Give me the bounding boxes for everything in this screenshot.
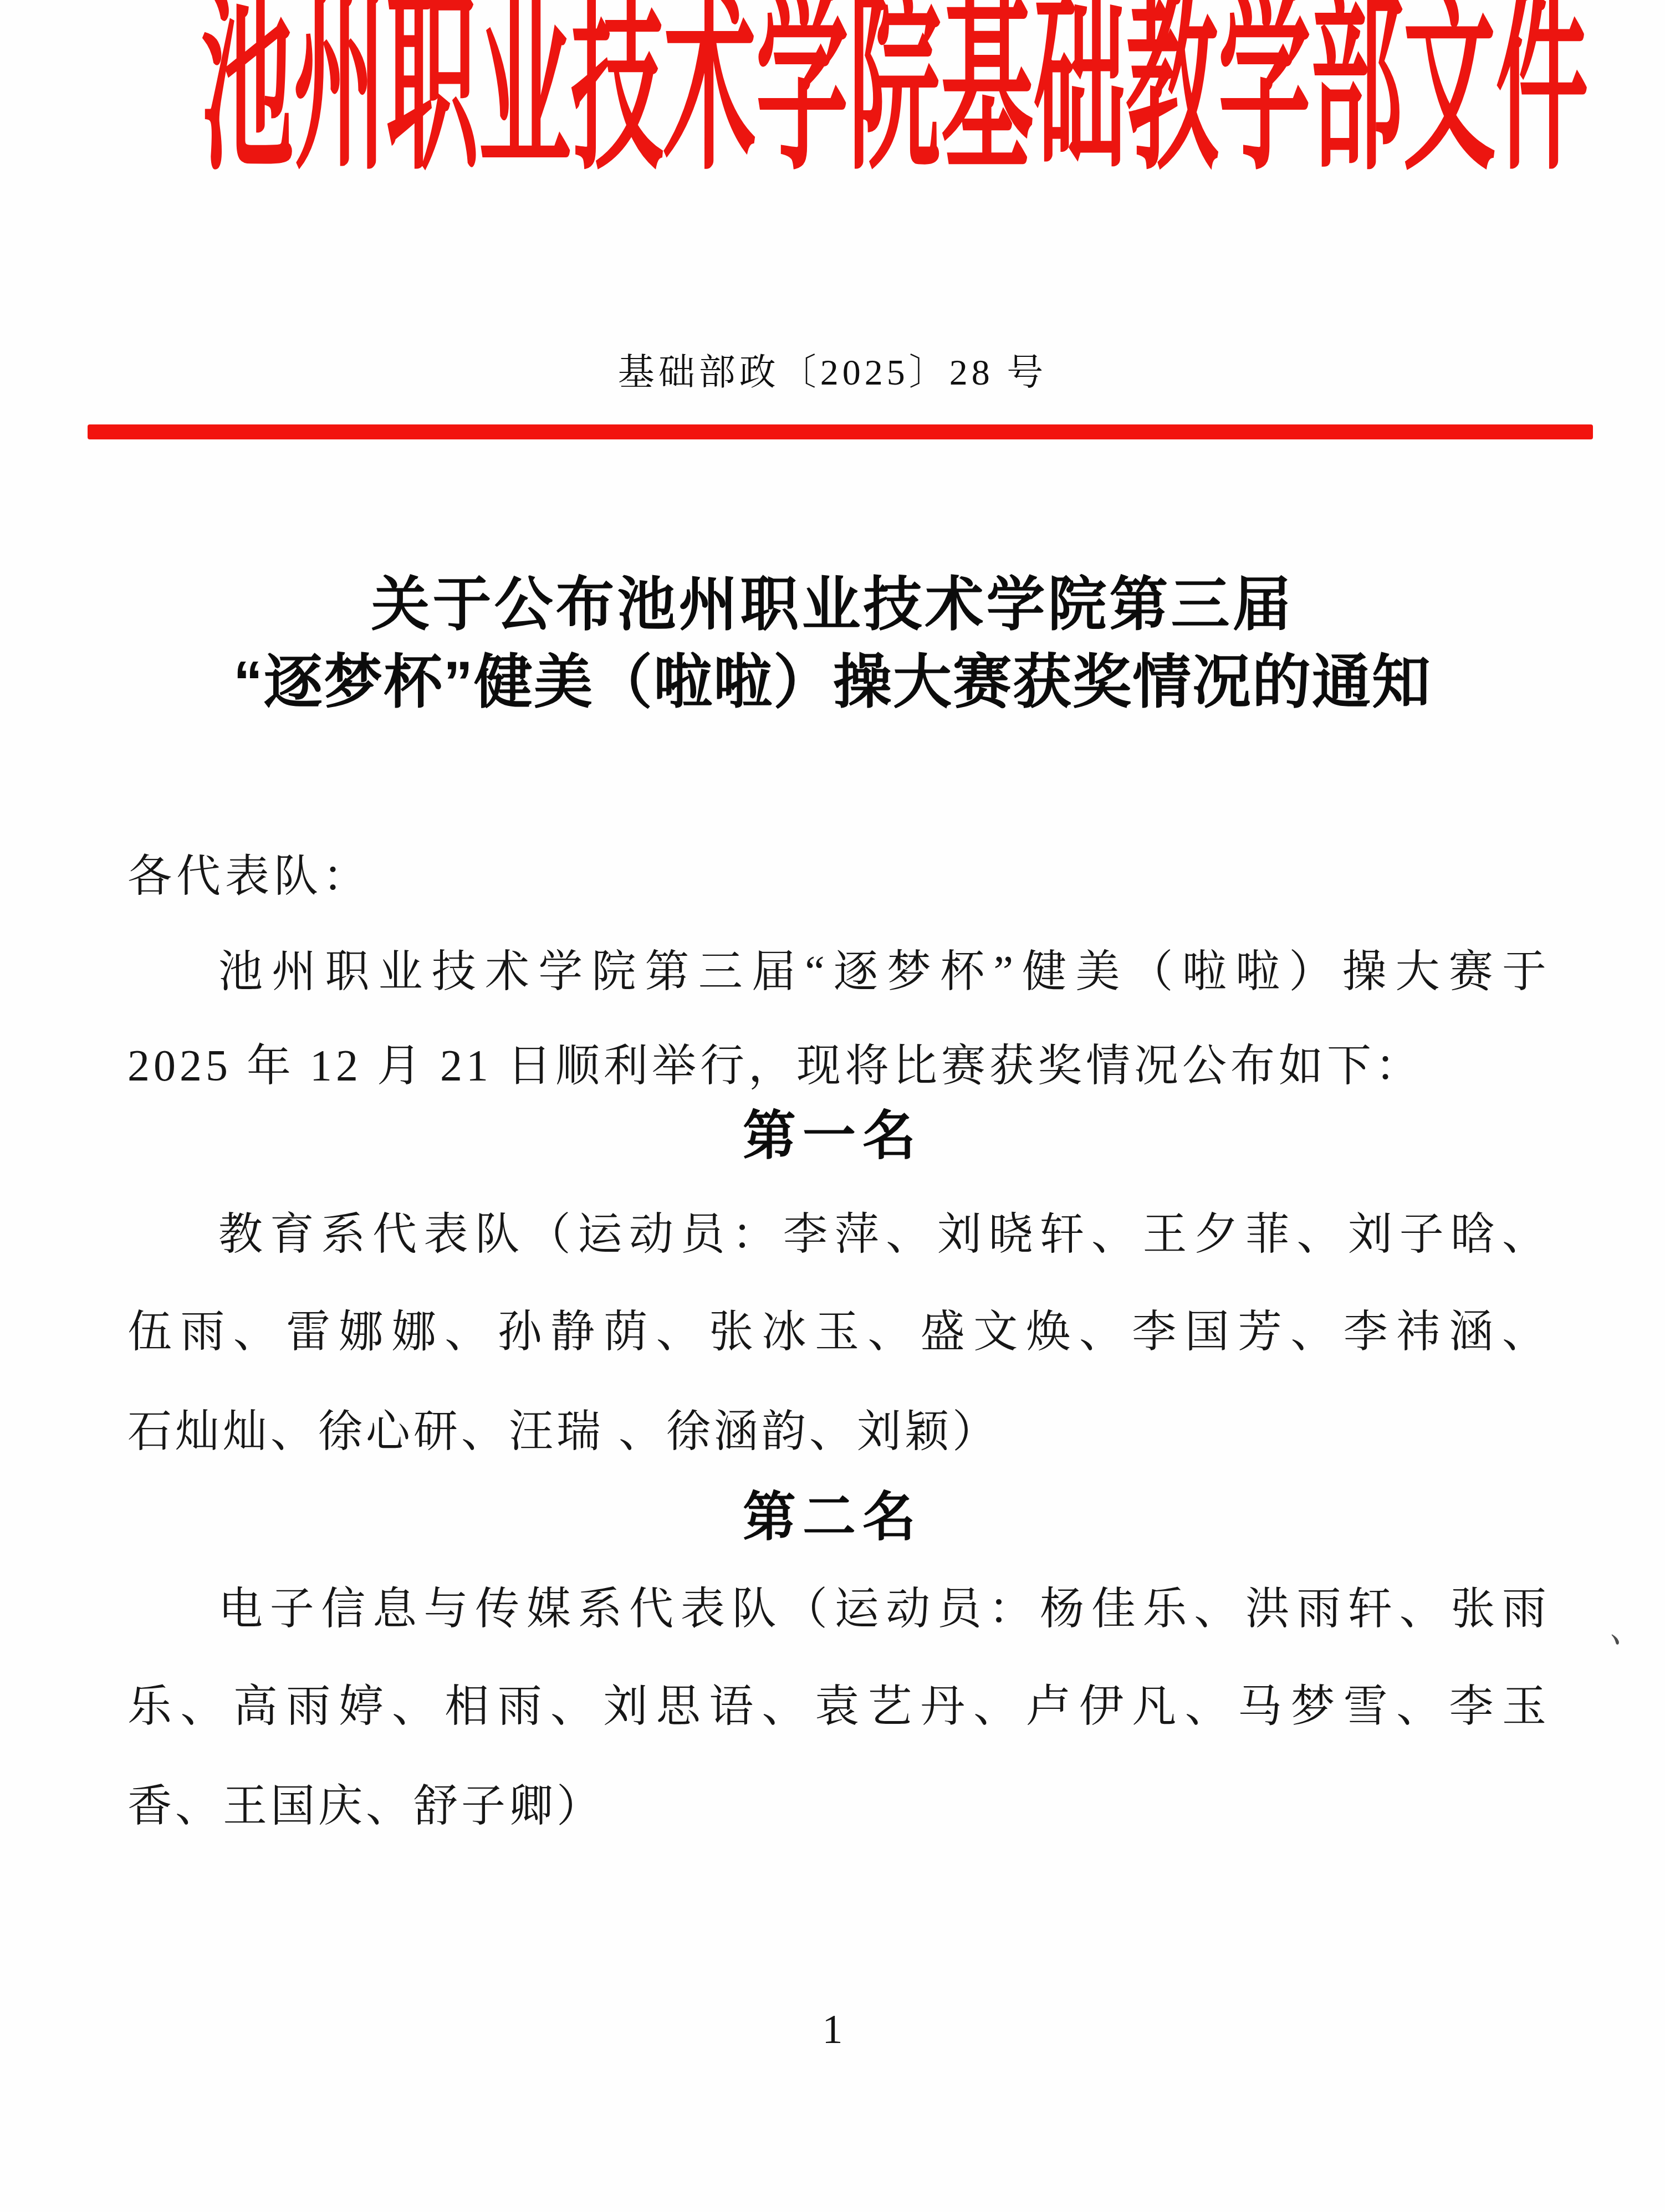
award-first-team-line-1: 教育系代表队（运动员：李萍、刘晓轩、王夕菲、刘子晗、 bbox=[218, 1212, 1546, 1257]
body-paragraph-line-1: 池州职业技术学院第三届“逐梦杯”健美（啦啦）操大赛于 bbox=[218, 950, 1546, 994]
salutation: 各代表队： bbox=[127, 854, 1546, 899]
document-page: 池州职业技术学院基础教学部文件 基础部政〔2025〕28 号 关于公布池州职业技… bbox=[0, 0, 1665, 2212]
red-rule-divider bbox=[88, 424, 1593, 439]
notice-title-line-1: 关于公布池州职业技术学院第三届 bbox=[0, 575, 1665, 634]
award-second-team-line-2: 乐、高雨婷、相雨、刘思语、袁艺丹、卢伊凡、马梦雪、李玉 bbox=[127, 1684, 1546, 1729]
red-header-banner: 池州职业技术学院基础教学部文件 bbox=[0, 0, 1665, 195]
body-paragraph-line-2: 2025 年 12 月 21 日顺利举行，现将比赛获奖情况公布如下： bbox=[127, 1044, 1546, 1088]
institution-banner-title: 池州职业技术学院基础教学部文件 bbox=[201, 0, 1589, 195]
award-first-team-line-3: 石灿灿、徐心研、汪瑞 、徐涵韵、刘颖） bbox=[127, 1410, 1546, 1454]
page-number: 1 bbox=[0, 2009, 1665, 2050]
award-rank-heading-second: 第二名 bbox=[0, 1491, 1665, 1544]
award-first-team-line-2: 伍雨、雷娜娜、孙静荫、张冰玉、盛文焕、李国芳、李祎涵、 bbox=[127, 1310, 1546, 1354]
notice-title-line-2: “逐梦杯”健美（啦啦）操大赛获奖情况的通知 bbox=[0, 653, 1665, 711]
document-number: 基础部政〔2025〕28 号 bbox=[0, 342, 1665, 395]
award-rank-heading-first: 第一名 bbox=[0, 1109, 1665, 1163]
scan-artifact-mark: 、 bbox=[1607, 1600, 1652, 1657]
award-second-team-line-3: 香、王国庆、舒子卿） bbox=[127, 1784, 1546, 1829]
award-second-team-line-1: 电子信息与传媒系代表队（运动员：杨佳乐、洪雨轩、张雨 bbox=[218, 1587, 1546, 1631]
